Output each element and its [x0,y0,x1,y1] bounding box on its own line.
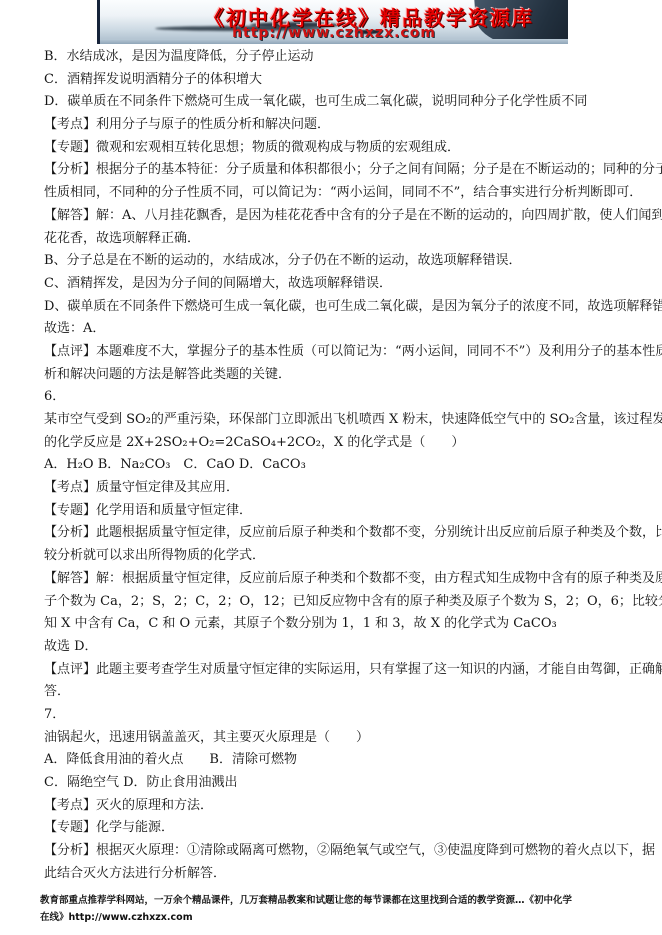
text-line: B．水结成冰，是因为温度降低，分子停止运动 [44,46,634,69]
text-line: 的化学反应是 2X+2SO₂+O₂=2CaSO₄+2CO₂，X 的化学式是（ ） [44,432,634,455]
footer-url: 在线》http://www.czhxzx.com [40,910,636,927]
question-number: 6． [44,386,634,409]
text-line: 【专题】化学与能源． [44,817,634,840]
text-line: 【分析】根据分子的基本特征：分子质量和体积都很小；分子之间有间隔；分子是在不断运… [44,159,634,182]
text-line: C．酒精挥发说明酒精分子的体积增大 [44,69,634,92]
document-page: { "banner": { "title": "《初中化学在线》精品教学资源库"… [0,0,662,935]
text-line: D．碳单质在不同条件下燃烧可生成一氧化碳，也可生成二氧化碳，说明同种分子化学性质… [44,91,634,114]
text-line: 花花香，故选项解释正确． [44,228,634,251]
text-line: 较分析就可以求出所得物质的化学式． [44,545,634,568]
text-line: 析和解决问题的方法是解答此类题的关键． [44,364,634,387]
text-line: 知 X 中含有 Ca，C 和 O 元素，其原子个数分别为 1，1 和 3，故 X… [44,613,634,636]
text-line: 故选 D． [44,636,634,659]
text-line: 油锅起火，迅速用锅盖盖灭，其主要灭火原理是（ ） [44,727,634,750]
text-line: 【专题】微观和宏观相互转化思想；物质的微观构成与物质的宏观组成． [44,137,634,160]
footer-line: 教育部重点推荐学科网站，一万余个精品课件，几万套精品教案和试题让您的每节课都在这… [40,893,636,910]
document-body: B．水结成冰，是因为温度降低，分子停止运动 C．酒精挥发说明酒精分子的体积增大 … [44,46,634,885]
text-line: 故选：A． [44,318,634,341]
text-line: 【考点】质量守恒定律及其应用． [44,477,634,500]
text-line: C．隔绝空气 D．防止食用油溅出 [44,772,634,795]
text-line: D、碳单质在不同条件下燃烧可生成一氧化碳，也可生成二氧化碳，是因为氧分子的浓度不… [44,296,634,319]
text-line: 【解答】解：根据质量守恒定律，反应前后原子种类和个数都不变，由方程式知生成物中含… [44,568,634,591]
text-line: C、酒精挥发，是因为分子间的间隔增大，故选项解释错误． [44,273,634,296]
text-line: 【专题】化学用语和质量守恒定律． [44,500,634,523]
banner-url-link[interactable]: http://www.czhxzx.com [140,25,528,41]
text-line: 【考点】利用分子与原子的性质分析和解决问题． [44,114,634,137]
text-line: 答． [44,681,634,704]
text-line: A．H₂O B．Na₂CO₃ C．CaO D．CaCO₃ [44,454,634,477]
text-line: 子个数为 Ca，2；S，2；C，2；O，12；已知反应物中含有的原子种类及原子个… [44,591,634,614]
text-line: 【分析】根据灭火原理：①清除或隔离可燃物，②隔绝氧气或空气，③使温度降到可燃物的… [44,840,634,863]
page-footer: 教育部重点推荐学科网站，一万余个精品课件，几万套精品教案和试题让您的每节课都在这… [40,893,636,926]
text-line: 性质相同，不同种的分子性质不同，可以简记为：“两小运间，同同不不”，结合事实进行… [44,182,634,205]
text-line: 【分析】此题根据质量守恒定律，反应前后原子种类和个数都不变，分别统计出反应前后原… [44,522,634,545]
header-banner: 《初中化学在线》精品教学资源库 http://www.czhxzx.com [97,0,568,44]
text-line: B、分子总是在不断的运动的，水结成冰，分子仍在不断的运动，故选项解释错误． [44,250,634,273]
question-number: 7． [44,704,634,727]
text-line: 【点评】此题主要考查学生对质量守恒定律的实际运用，只有掌握了这一知识的内涵，才能… [44,659,634,682]
text-line: 某市空气受到 SO₂的严重污染，环保部门立即派出飞机喷西 X 粉末，快速降低空气… [44,409,634,432]
text-line: 【点评】本题难度不大，掌握分子的基本性质（可以简记为：“两小运间，同同不不”）及… [44,341,634,364]
text-line: 【解答】解：A、八月挂花飘香，是因为桂花花香中含有的分子是在不断的运动的，向四周… [44,205,634,228]
text-line: 【考点】灭火的原理和方法． [44,795,634,818]
text-line: 此结合灭火方法进行分析解答． [44,863,634,886]
text-line: A．降低食用油的着火点 B．清除可燃物 [44,749,634,772]
